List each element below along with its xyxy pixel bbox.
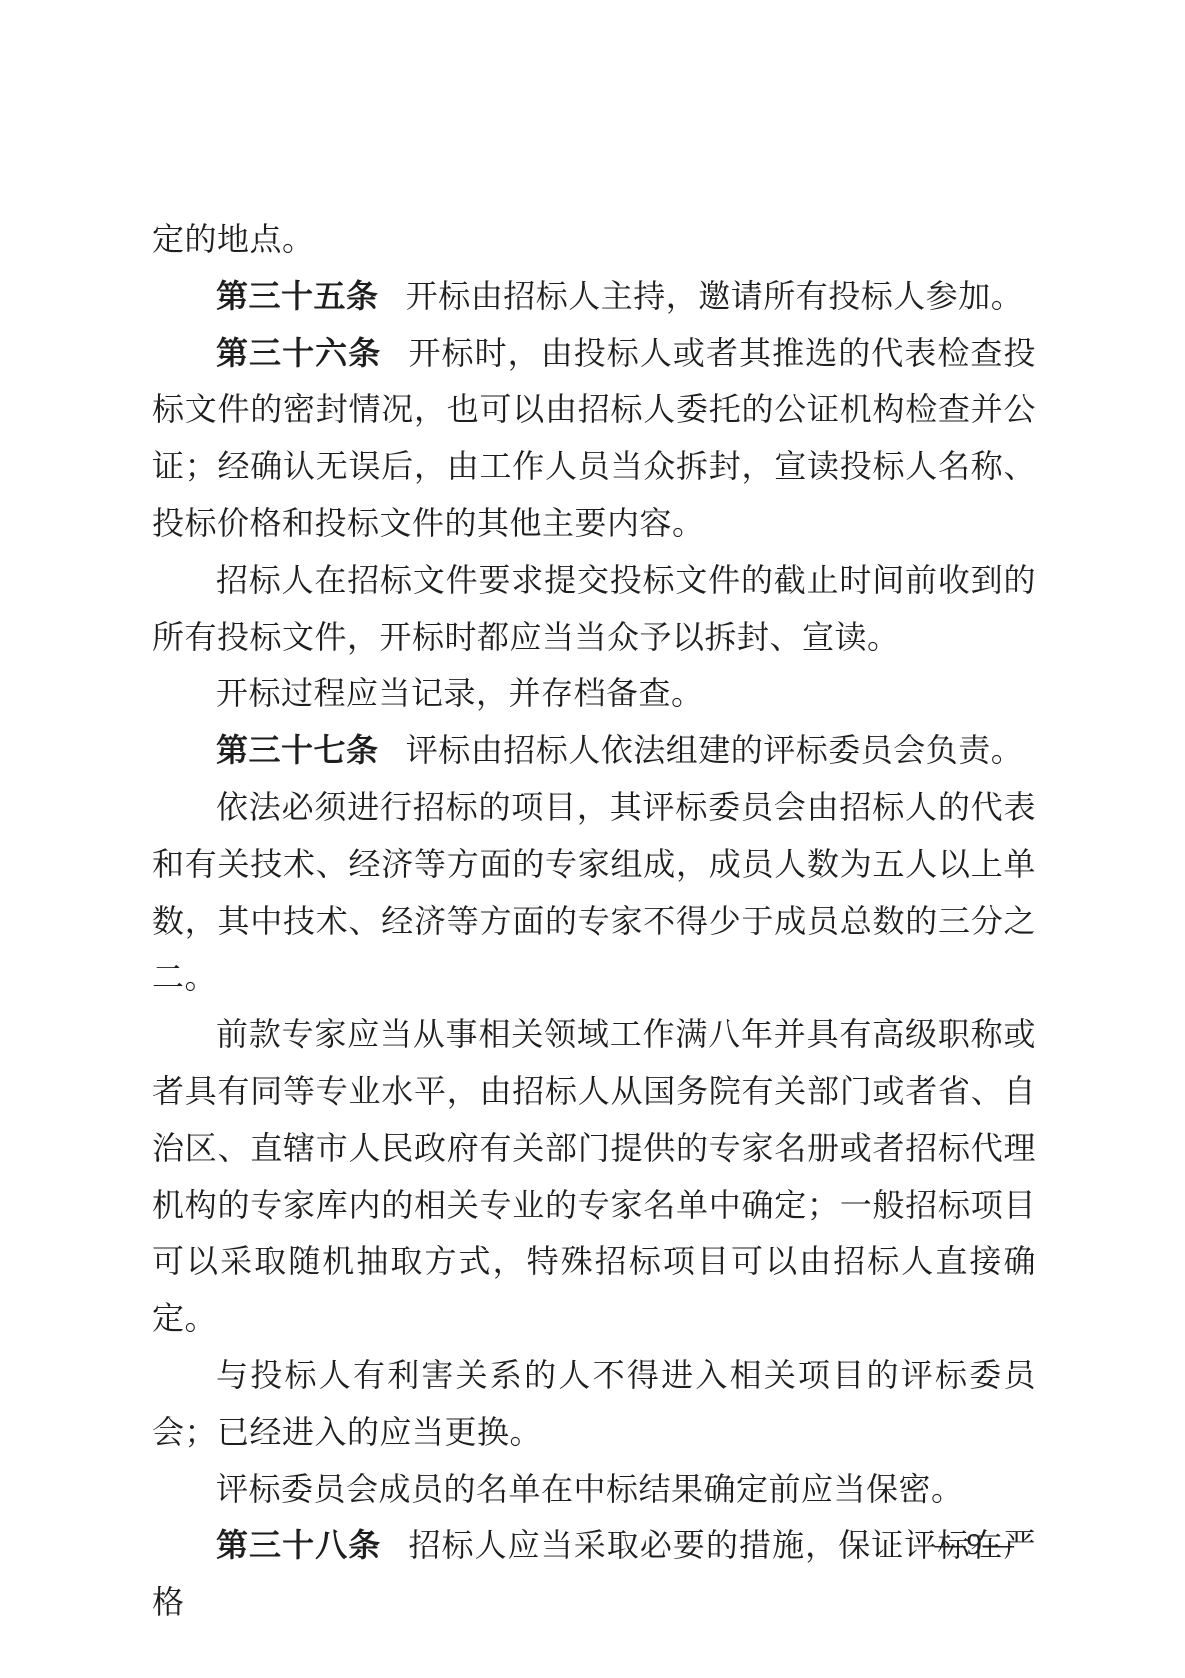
paragraph-text: 招标人在招标文件要求提交投标文件的截止时间前收到的所有投标文件，开标时都应当当众… xyxy=(152,562,1036,655)
paragraph-text: 开标过程应当记录，并存档备查。 xyxy=(216,675,704,711)
article-number: 第三十六条 xyxy=(216,335,381,371)
paragraph-continuation: 定的地点。 xyxy=(152,211,1036,268)
paragraph-text: 定的地点。 xyxy=(152,221,315,257)
paragraph-text: 依法必须进行招标的项目，其评标委员会由招标人的代表和有关技术、经济等方面的专家组… xyxy=(152,789,1036,995)
paragraph: 前款专家应当从事相关领域工作满八年并具有高级职称或者具有同等专业水平，由招标人从… xyxy=(152,1006,1036,1347)
article-number: 第三十七条 xyxy=(216,732,379,768)
paragraph: 开标过程应当记录，并存档备查。 xyxy=(152,665,1036,722)
document-page: 定的地点。 第三十五条开标由招标人主持，邀请所有投标人参加。 第三十六条开标时，… xyxy=(0,0,1185,1678)
article-number: 第三十五条 xyxy=(216,278,379,314)
paragraph-text: 与投标人有利害关系的人不得进入相关项目的评标委员会；已经进入的应当更换。 xyxy=(152,1357,1036,1450)
paragraph: 招标人在招标文件要求提交投标文件的截止时间前收到的所有投标文件，开标时都应当当众… xyxy=(152,552,1036,666)
paragraph-article-38: 第三十八条招标人应当采取必要的措施，保证评标在严格 xyxy=(152,1517,1036,1631)
paragraph: 与投标人有利害关系的人不得进入相关项目的评标委员会；已经进入的应当更换。 xyxy=(152,1347,1036,1461)
paragraph-text: 评标由招标人依法组建的评标委员会负责。 xyxy=(406,732,1024,768)
article-number: 第三十八条 xyxy=(216,1527,381,1563)
paragraph-text: 评标委员会成员的名单在中标结果确定前应当保密。 xyxy=(216,1471,964,1507)
paragraph: 评标委员会成员的名单在中标结果确定前应当保密。 xyxy=(152,1461,1036,1518)
paragraph-article-35: 第三十五条开标由招标人主持，邀请所有投标人参加。 xyxy=(152,268,1036,325)
paragraph: 依法必须进行招标的项目，其评标委员会由招标人的代表和有关技术、经济等方面的专家组… xyxy=(152,779,1036,1006)
paragraph-article-36: 第三十六条开标时，由投标人或者其推选的代表检查投标文件的密封情况，也可以由招标人… xyxy=(152,325,1036,552)
paragraph-text: 前款专家应当从事相关领域工作满八年并具有高级职称或者具有同等专业水平，由招标人从… xyxy=(152,1016,1036,1336)
paragraph-article-37: 第三十七条评标由招标人依法组建的评标委员会负责。 xyxy=(152,722,1036,779)
paragraph-text: 开标由招标人主持，邀请所有投标人参加。 xyxy=(406,278,1024,314)
page-number: —9— xyxy=(935,1524,1016,1564)
document-body: 定的地点。 第三十五条开标由招标人主持，邀请所有投标人参加。 第三十六条开标时，… xyxy=(152,211,1036,1631)
